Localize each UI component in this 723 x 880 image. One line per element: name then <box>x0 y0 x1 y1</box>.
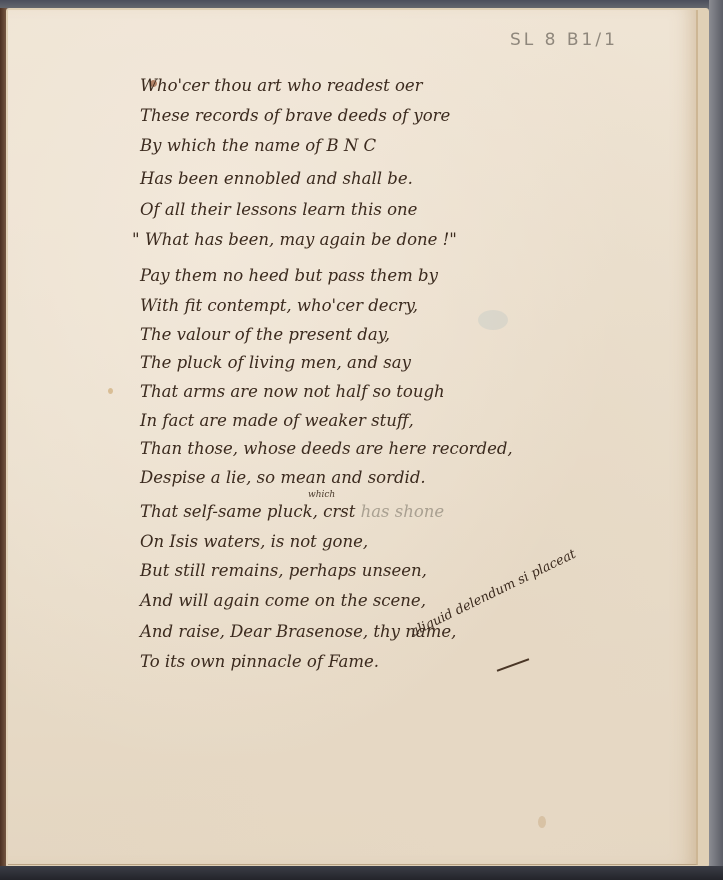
faint-struck-words: has shone <box>361 502 445 521</box>
poem-line: Who'cer thou art who readest oer <box>140 76 423 95</box>
blue-ink-smudge <box>478 310 508 330</box>
book-cover-right-edge <box>709 0 723 880</box>
poem-line: With fit contempt, who'cer decry, <box>140 296 418 315</box>
poem-line: Has been ennobled and shall be. <box>140 169 413 188</box>
poem-line: On Isis waters, is not gone, <box>140 532 368 551</box>
foxing-spot <box>538 816 546 828</box>
poem-line: Despise a lie, so mean and sordid. <box>140 468 426 487</box>
book-cover-bottom-edge <box>0 866 723 880</box>
poem-line-text: That self-same pluck, crst <box>140 502 355 521</box>
shelfmark: SL 8 B1/1 <box>510 30 618 50</box>
poem-line: But still remains, perhaps unseen, <box>140 561 427 580</box>
foxing-spot <box>108 388 113 394</box>
poem-line: In fact are made of weaker stuff, <box>140 411 414 430</box>
poem-line: Pay them no heed but pass them by <box>140 266 438 285</box>
poem-line: That self-same pluck, crst has shone <box>140 502 444 521</box>
poem-line: To its own pinnacle of Fame. <box>140 652 379 671</box>
poem-line: That arms are now not half so tough <box>140 382 445 401</box>
poem-line: And will again come on the scene, <box>140 591 426 610</box>
interlinear-insertion: which <box>308 490 335 500</box>
poem-line: The valour of the present day, <box>140 325 390 344</box>
poem-line: These records of brave deeds of yore <box>140 106 450 125</box>
poem-line: By which the name of B N C <box>140 136 376 155</box>
poem-line: " What has been, may again be done !" <box>132 230 457 249</box>
poem-line: Of all their lessons learn this one <box>140 200 417 219</box>
poem-line: The pluck of living men, and say <box>140 353 411 372</box>
poem-line: Than those, whose deeds are here recorde… <box>140 439 513 458</box>
